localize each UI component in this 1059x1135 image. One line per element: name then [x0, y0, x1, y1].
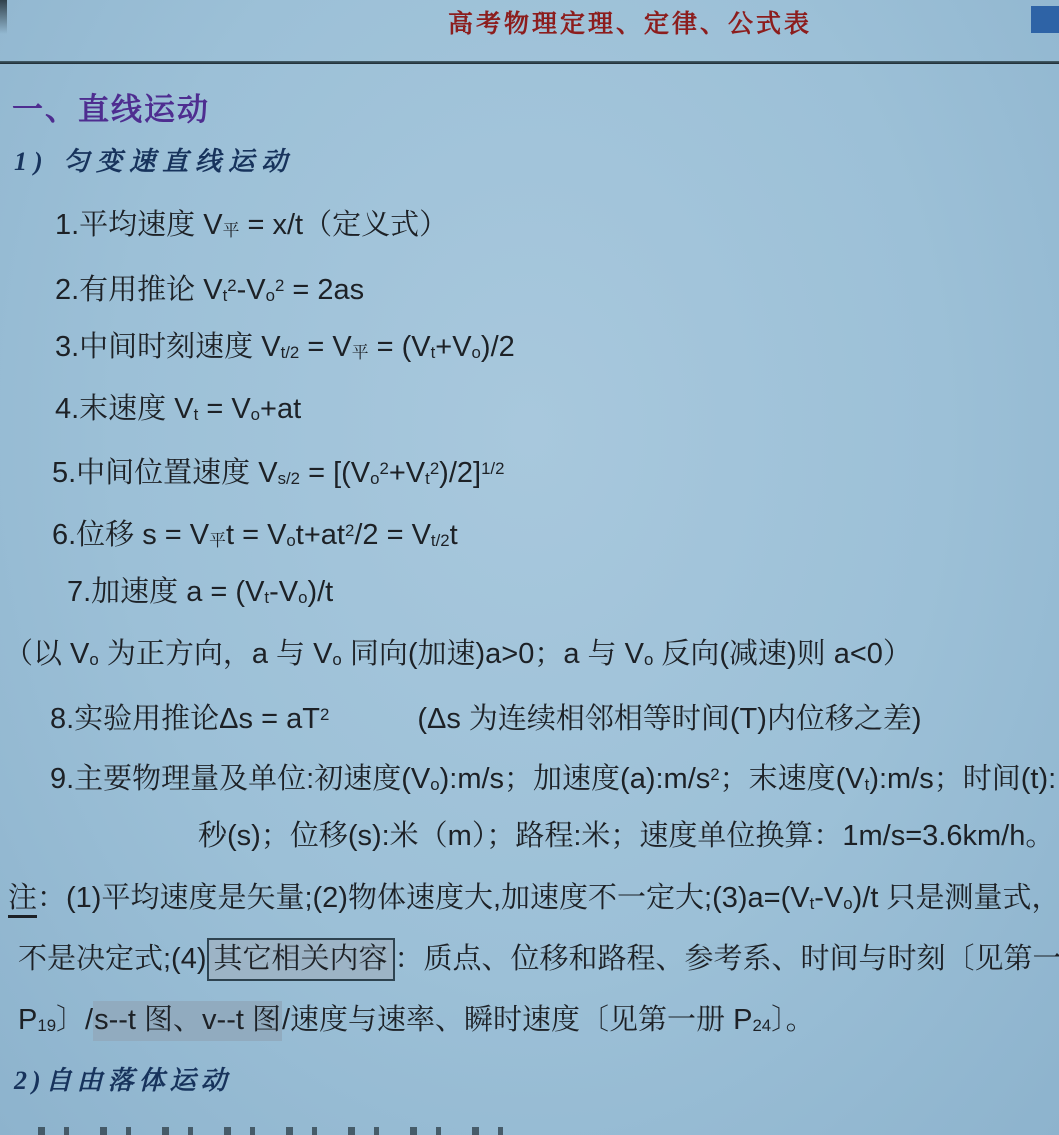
page-title: 高考物理定理、定律、公式表	[448, 4, 812, 40]
formula-experimental-corollary: 8.实验用推论Δs = aT2(Δs 为连续相邻相等时间(T)内位移之差)	[50, 695, 922, 739]
note-line-1: 注：(1)平均速度是矢量;(2)物体速度大,加速度不一定大;(3)a=(Vt-V…	[8, 878, 1059, 924]
subsection-free-fall: 2)自由落体运动	[14, 1060, 232, 1097]
formula-displacement: 6.位移 s = V平t = Vot+at2/2 = Vt/2t	[52, 511, 458, 561]
top-left-edge-mark	[0, 0, 7, 34]
formula-midtime-velocity: 3.中间时刻速度 Vt/2 = V平 = (Vt+Vo)/2	[55, 327, 515, 373]
subsection-uniform-acceleration: 1) 匀变速直线运动	[14, 141, 294, 178]
formula-final-velocity: 4.末速度 Vt = Vo+at	[55, 389, 301, 435]
line-quantities-units: 9.主要物理量及单位:初速度(Vo):m/s；加速度(a):m/s2；末速度(V…	[50, 755, 1056, 805]
note-direction-convention: （以 Vo 为正方向，a 与 Vo 同向(加速)a>0；a 与 Vo 反向(减速…	[4, 634, 912, 680]
formula-midpoint-velocity: 5.中间位置速度 Vs/2 = [(Vo2+Vt2)/2]1/2	[52, 449, 504, 499]
formula-acceleration: 7.加速度 a = (Vt-Vo)/t	[67, 572, 333, 618]
cutoff-next-line-fragments	[38, 1127, 508, 1135]
header-rule	[0, 61, 1059, 64]
formula-average-velocity: 1.平均速度 V平 = x/t（定义式）	[55, 205, 448, 251]
document-page: 高考物理定理、定律、公式表 一、直线运动 1) 匀变速直线运动 1.平均速度 V…	[0, 0, 1059, 1135]
note-line-3: P19〕/s--t 图、v--t 图/速度与速率、瞬时速度〔见第一册 P24〕。	[18, 1000, 815, 1046]
section-heading-linear-motion: 一、直线运动	[12, 84, 210, 129]
note-line-2: 不是决定式;(4)其它相关内容：质点、位移和路程、参考系、时间与时刻〔见第一册	[18, 939, 1059, 979]
formula-useful-corollary: 2.有用推论 Vt2-Vo2 = 2as	[55, 266, 364, 316]
corner-square	[1031, 6, 1059, 33]
line-quantities-units-continued: 秒(s)；位移(s):米（m）；路程:米；速度单位换算：1m/s=3.6km/h…	[198, 816, 1054, 856]
